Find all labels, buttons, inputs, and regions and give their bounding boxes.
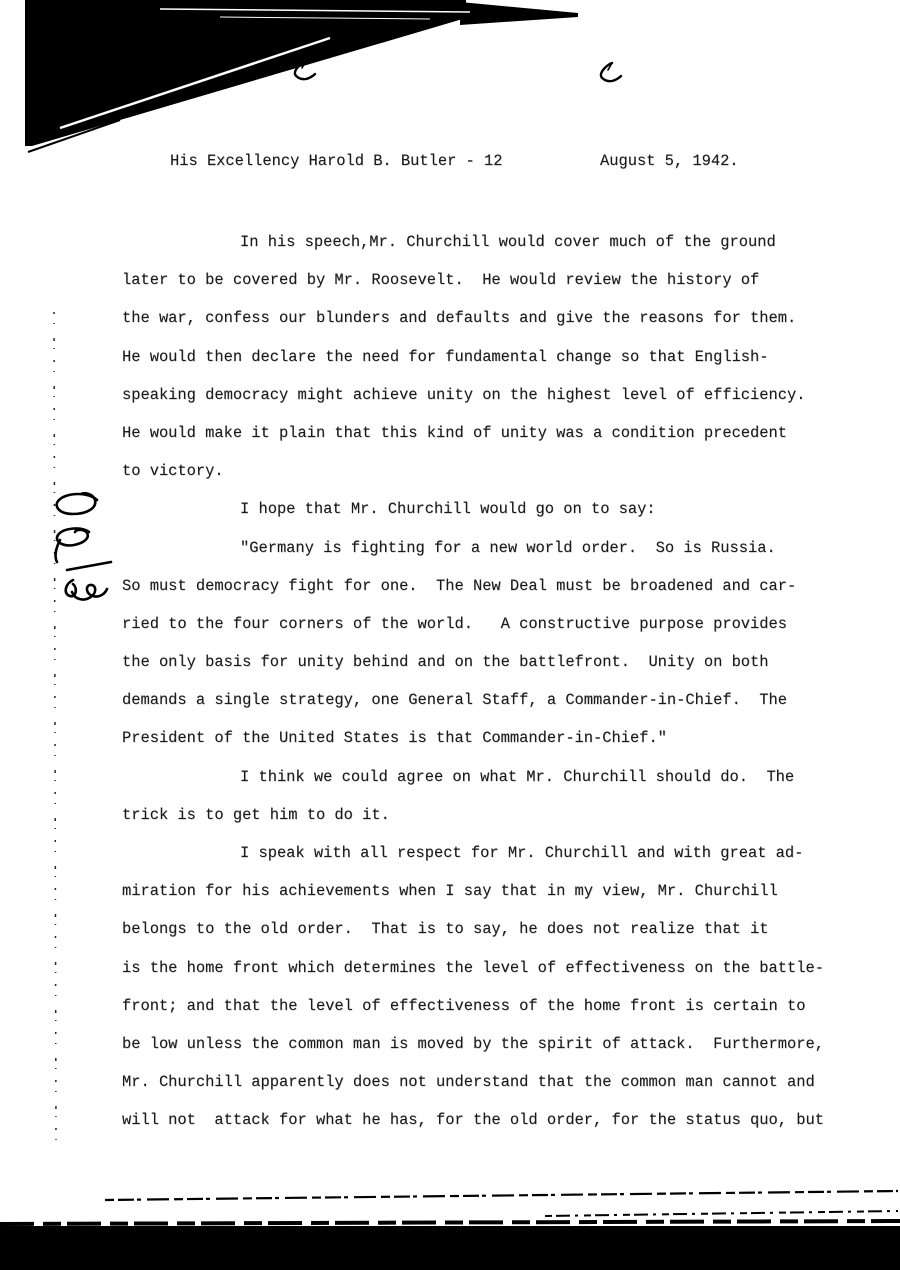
body-line: ried to the four corners of the world. A…	[122, 605, 890, 643]
body-line: is the home front which determines the l…	[122, 949, 890, 987]
body-line: front; and that the level of effectivene…	[122, 987, 890, 1025]
body-line: Mr. Churchill apparently does not unders…	[122, 1063, 890, 1101]
body-line: So must democracy fight for one. The New…	[122, 567, 890, 605]
body-line: speaking democracy might achieve unity o…	[122, 376, 890, 414]
body-line: miration for his achievements when I say…	[122, 872, 890, 910]
handwritten-margin-annotation	[56, 493, 111, 599]
scanned-letter-page: His Excellency Harold B. Butler - 12 Aug…	[0, 0, 900, 1270]
body-line: "Germany is fighting for a new world ord…	[122, 529, 890, 567]
body-line: demands a single strategy, one General S…	[122, 681, 890, 719]
body-line: the war, confess our blunders and defaul…	[122, 299, 890, 337]
body-line: In his speech,Mr. Churchill would cover …	[122, 223, 890, 261]
body-line: I hope that Mr. Churchill would go on to…	[122, 490, 890, 528]
body-line: belongs to the old order. That is to say…	[122, 910, 890, 948]
checkmark-annotation-right	[601, 63, 621, 81]
left-margin-dotted-line	[54, 312, 56, 1140]
body-line: President of the United States is that C…	[122, 719, 890, 757]
top-scan-band	[160, 2, 578, 25]
body-line: He would then declare the need for funda…	[122, 338, 890, 376]
body-line: trick is to get him to do it.	[122, 796, 890, 834]
body-line: He would make it plain that this kind of…	[122, 414, 890, 452]
body-line: will not attack for what he has, for the…	[122, 1101, 890, 1139]
header-recipient-page: His Excellency Harold B. Butler - 12	[170, 152, 503, 170]
bottom-scan-band	[0, 1221, 900, 1270]
body-line: I think we could agree on what Mr. Churc…	[122, 758, 890, 796]
corner-fold-artifact	[25, 0, 466, 152]
body-line: I speak with all respect for Mr. Churchi…	[122, 834, 890, 872]
letter-body: In his speech,Mr. Churchill would cover …	[122, 223, 890, 1140]
body-line: later to be covered by Mr. Roosevelt. He…	[122, 261, 890, 299]
body-line: the only basis for unity behind and on t…	[122, 643, 890, 681]
body-line: be low unless the common man is moved by…	[122, 1025, 890, 1063]
header-date: August 5, 1942.	[600, 152, 739, 170]
body-line: to victory.	[122, 452, 890, 490]
checkmark-annotation-left	[295, 61, 315, 79]
bottom-scan-noise-lines	[105, 1191, 898, 1216]
